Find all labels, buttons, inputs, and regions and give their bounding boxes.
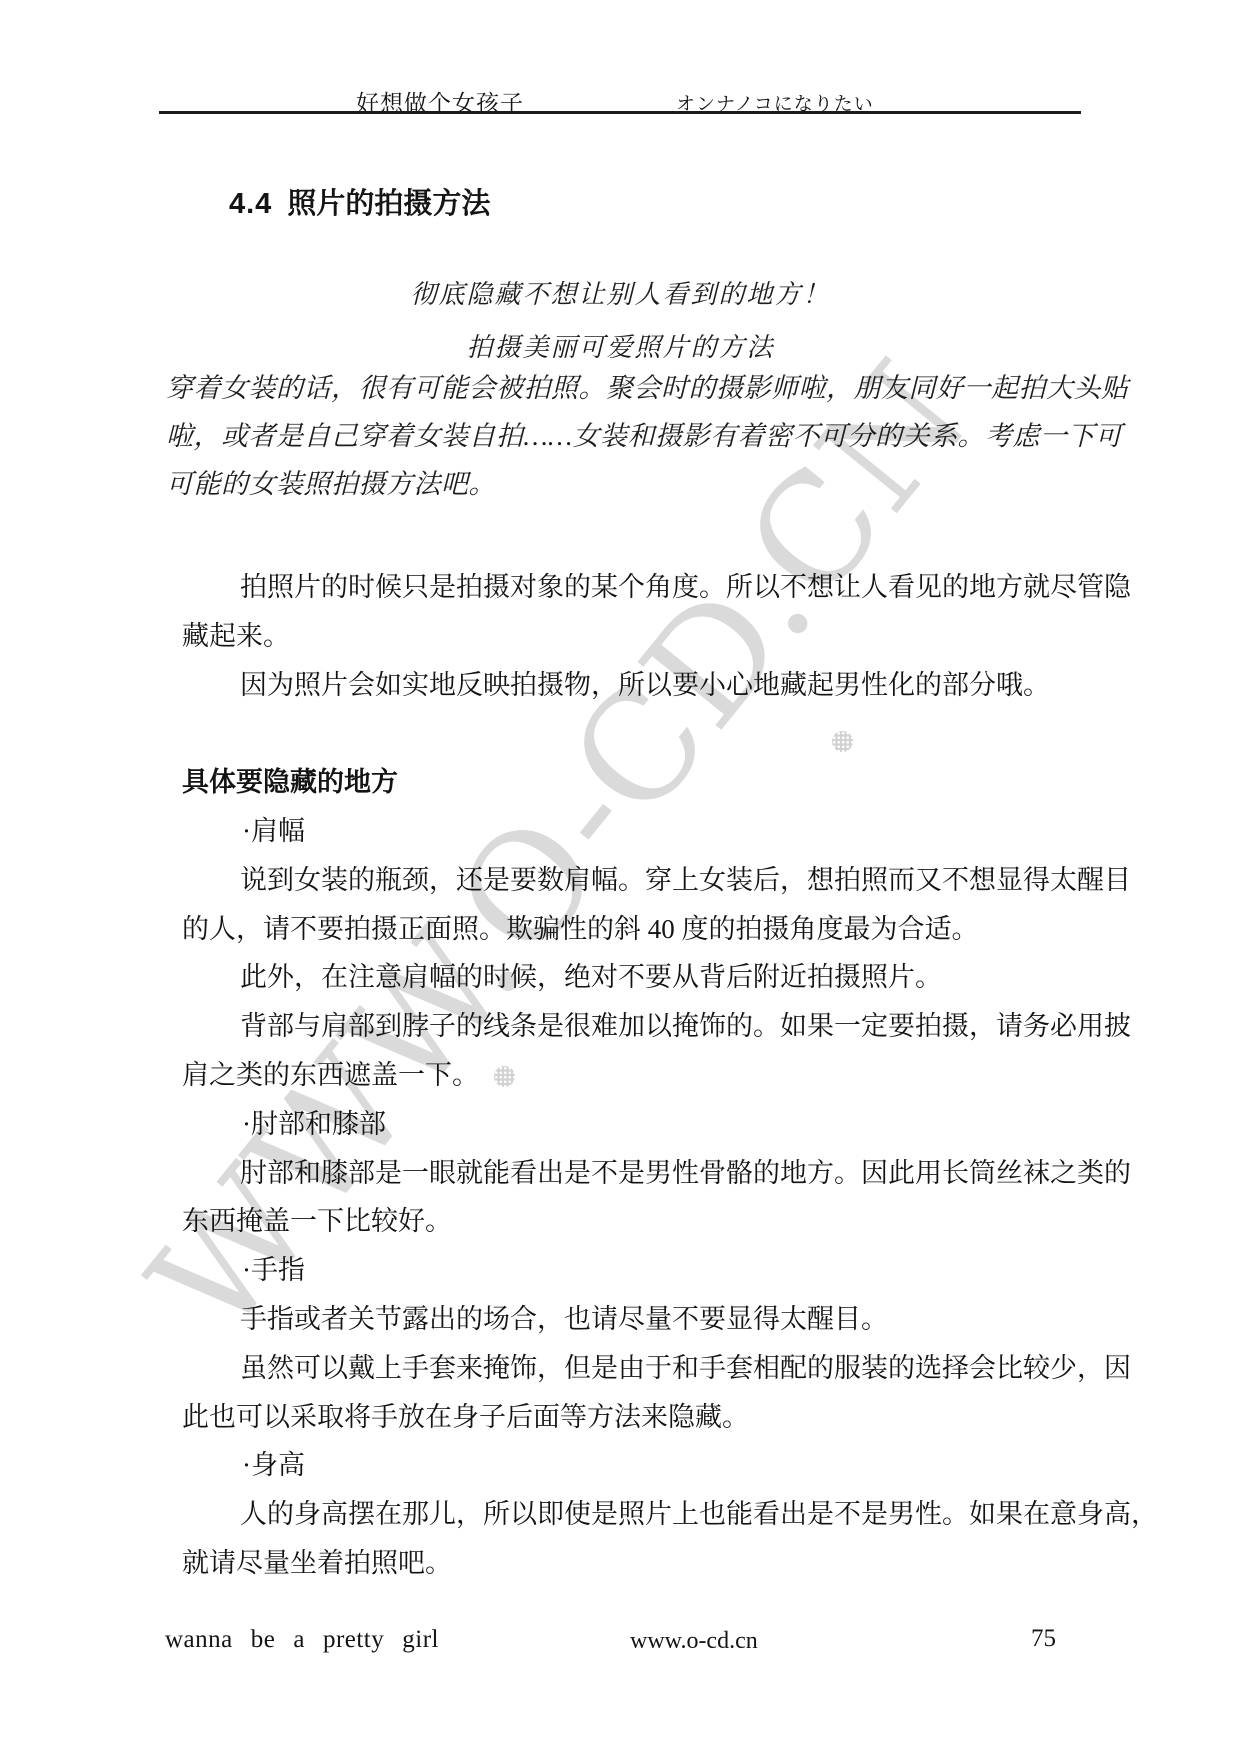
- bullet-item: ·肩幅: [182, 807, 1102, 856]
- bullet-item: ·身高: [182, 1441, 1102, 1490]
- body-line: 啦，或者是自己穿着女装自拍……女装和摄影有着密不可分的关系。考虑一下可: [166, 412, 1096, 460]
- body-line: 可能的女装照拍摄方法吧。: [166, 460, 1096, 508]
- body-text: 拍照片的时候只是拍摄对象的某个角度。所以不想让人看见的地方就尽管隐藏起来。因为照…: [182, 563, 1102, 1588]
- body-line: 的人，请不要拍摄正面照。欺骗性的斜 40 度的拍摄角度最为合适。: [182, 905, 1102, 954]
- body-line: 此也可以采取将手放在身子后面等方法来隐藏。: [182, 1393, 1102, 1442]
- intro-centered-line: 拍摄美丽可爱照片的方法: [0, 327, 1241, 364]
- body-line: 此外，在注意肩幅的时候，绝对不要从背后附近拍摄照片。: [182, 953, 1102, 1002]
- body-line: 藏起来。: [182, 612, 1102, 661]
- section-number: 4.4: [229, 188, 272, 220]
- body-line: 就请尽量坐着拍照吧。: [182, 1539, 1102, 1588]
- intro-paragraph: 穿着女装的话，很有可能会被拍照。聚会时的摄影师啦，朋友同好一起拍大头贴啦，或者是…: [166, 364, 1096, 508]
- body-line: 拍照片的时候只是拍摄对象的某个角度。所以不想让人看见的地方就尽管隐: [182, 563, 1102, 612]
- body-line: 背部与肩部到脖子的线条是很难加以掩饰的。如果一定要拍摄，请务必用披: [182, 1002, 1102, 1051]
- bullet-item: ·肘部和膝部: [182, 1100, 1102, 1149]
- body-line: 说到女装的瓶颈，还是要数肩幅。穿上女装后，想拍照而又不想显得太醒目: [182, 856, 1102, 905]
- section-title: 4.4照片的拍摄方法: [229, 181, 490, 222]
- body-line: 肩之类的东西遮盖一下。: [182, 1051, 1102, 1100]
- blank-line: [182, 709, 1102, 758]
- body-subheading: 具体要隐藏的地方: [182, 758, 1102, 807]
- page-number: 75: [1031, 1625, 1056, 1653]
- footer-site-url: www.o-cd.cn: [630, 1628, 758, 1655]
- body-line: 虽然可以戴上手套来掩饰，但是由于和手套相配的服装的选择会比较少，因: [182, 1344, 1102, 1393]
- intro-centered-line: 彻底隐藏不想让别人看到的地方！: [0, 274, 1241, 311]
- body-line: 肘部和膝部是一眼就能看出是不是男性骨骼的地方。因此用长筒丝袜之类的: [182, 1149, 1102, 1198]
- body-line: 人的身高摆在那儿，所以即使是照片上也能看出是不是男性。如果在意身高，: [182, 1490, 1102, 1539]
- header-rule: [159, 111, 1081, 114]
- document-page: WWW.O-CD.CN 好想做个女孩子 オンナノコになりたい 4.4照片的拍摄方…: [0, 0, 1241, 1755]
- body-line: 穿着女装的话，很有可能会被拍照。聚会时的摄影师啦，朋友同好一起拍大头贴: [166, 364, 1096, 412]
- body-line: 东西掩盖一下比较好。: [182, 1197, 1102, 1246]
- section-title-text: 照片的拍摄方法: [287, 188, 490, 220]
- body-line: 手指或者关节露出的场合，也请尽量不要显得太醒目。: [182, 1295, 1102, 1344]
- bullet-item: ·手指: [182, 1246, 1102, 1295]
- footer-left-text: wanna be a pretty girl: [165, 1626, 439, 1654]
- body-line: 因为照片会如实地反映拍摄物，所以要小心地藏起男性化的部分哦。: [182, 661, 1102, 710]
